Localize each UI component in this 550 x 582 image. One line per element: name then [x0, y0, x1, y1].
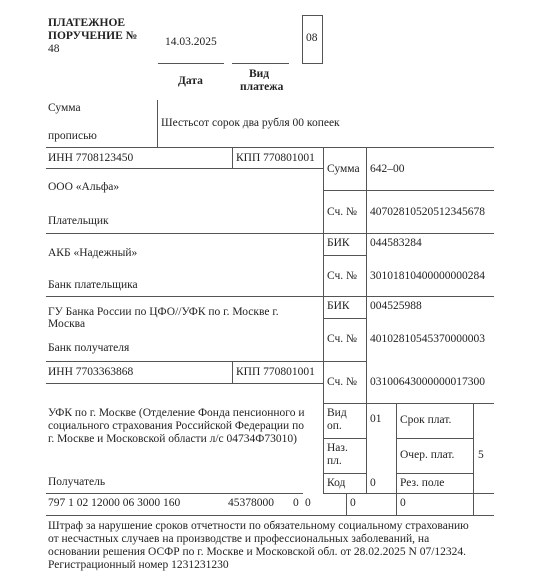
divider [323, 190, 494, 191]
divider [473, 403, 474, 515]
payer-name: ООО «Альфа» [48, 181, 119, 194]
divider [46, 515, 494, 516]
divider [323, 318, 366, 319]
code-label: Код [327, 477, 345, 490]
divider [46, 493, 303, 494]
payee-label: Получатель [48, 476, 105, 489]
date-label: Дата [178, 75, 203, 88]
divider [157, 100, 158, 147]
divider [323, 255, 366, 256]
divider [396, 403, 397, 515]
payee-name-line2: социального страхования Российской Федер… [48, 420, 304, 433]
status-code: 08 [306, 32, 318, 45]
purpose-line1: Штраф за нарушение сроков отчетности по … [48, 520, 469, 533]
payer-bank-name: АКБ «Надежный» [48, 247, 137, 260]
amount-label: Сумма [327, 163, 360, 176]
payee-inn: ИНН 7703363868 [48, 366, 133, 379]
payee-account-label: Сч. № [327, 376, 357, 389]
priority-label: Очер. плат. [400, 449, 454, 462]
payee-account: 03100643000000017300 [370, 376, 485, 389]
kbk-code: 797 1 02 12000 06 3000 160 [48, 497, 180, 510]
oktmo-code: 45378000 [228, 497, 274, 510]
payee-name-line1: УФК по г. Москве (Отделение Фонда пенсио… [48, 407, 304, 420]
payee-kpp: КПП 770801001 [236, 366, 315, 379]
divider [323, 403, 494, 404]
payee-name-line3: г. Москве и Московской области л/с 04734… [48, 433, 297, 446]
tax-doc-date: 0 [400, 497, 406, 510]
divider [232, 147, 233, 168]
divider [323, 147, 324, 493]
op-type-label-2: оп. [327, 420, 342, 433]
payee-bank-name-line2: Москва [48, 318, 85, 331]
payee-bank-label: Банк получателя [48, 342, 129, 355]
payer-bank-bik: 044583284 [370, 237, 422, 250]
amount-words-label-1: Сумма [48, 102, 81, 115]
divider [46, 147, 494, 148]
divider [323, 361, 366, 362]
payer-kpp: КПП 770801001 [236, 152, 315, 165]
divider [46, 233, 494, 234]
payee-bank-bik-label: БИК [327, 300, 350, 313]
reserve-field-label: Рез. поле [400, 477, 444, 490]
divider [46, 296, 494, 297]
divider [346, 493, 347, 515]
op-type-value: 01 [370, 413, 382, 426]
divider [323, 473, 366, 474]
priority-value: 5 [478, 449, 484, 462]
purpose-line4: Регистрационный номер 1231231230 [48, 559, 229, 572]
amount-words-label-2: прописью [48, 130, 97, 143]
divider [232, 361, 233, 383]
divider [323, 438, 366, 439]
divider [323, 493, 494, 494]
payer-account: 40702810520512345678 [370, 206, 485, 219]
amount-words-value: Шестьсот сорок два рубля 00 копеек [161, 117, 340, 130]
code-value: 0 [370, 477, 376, 490]
document-title-line1: ПЛАТЕЖНОЕ [48, 17, 125, 30]
purpose-code-label-2: пл. [327, 455, 342, 468]
payer-label: Плательщик [48, 215, 109, 228]
payer-bank-label: Банк плательщика [48, 279, 138, 292]
tax-doc-number: 0 [350, 497, 356, 510]
payee-bank-bik: 004525988 [370, 300, 422, 313]
divider [396, 438, 473, 439]
due-date-label: Срок плат. [400, 414, 451, 427]
document-title-line2: ПОРУЧЕНИЕ № [48, 30, 137, 43]
divider [366, 147, 367, 493]
payee-bank-account-label: Сч. № [327, 333, 357, 346]
purpose-line2: от несчастных случаев на производстве и … [48, 533, 429, 546]
payer-bank-account-label: Сч. № [327, 270, 357, 283]
payment-basis: 0 [293, 497, 299, 510]
payer-bank-bik-label: БИК [327, 237, 350, 250]
payer-account-label: Сч. № [327, 206, 357, 219]
payment-type-label-1: Вид [249, 68, 269, 81]
divider [396, 473, 473, 474]
tax-period: 0 [305, 497, 311, 510]
payment-type-label-2: платежа [240, 81, 283, 94]
payee-bank-account: 40102810545370000003 [370, 333, 485, 346]
payment-type-underline [232, 63, 289, 64]
divider [46, 168, 323, 169]
divider [46, 383, 323, 384]
purpose-line3: основании решения ОСФР по г. Москве и Мо… [48, 546, 466, 559]
op-type-label-1: Вид [327, 407, 347, 420]
document-number: 48 [48, 43, 60, 56]
payer-inn: ИНН 7708123450 [48, 152, 133, 165]
amount-value: 642–00 [370, 163, 405, 176]
purpose-code-label-1: Наз. [327, 442, 348, 455]
payment-date: 14.03.2025 [165, 36, 217, 49]
payer-bank-account: 30101810400000000284 [370, 270, 485, 283]
date-underline [158, 63, 224, 64]
divider [46, 361, 323, 362]
